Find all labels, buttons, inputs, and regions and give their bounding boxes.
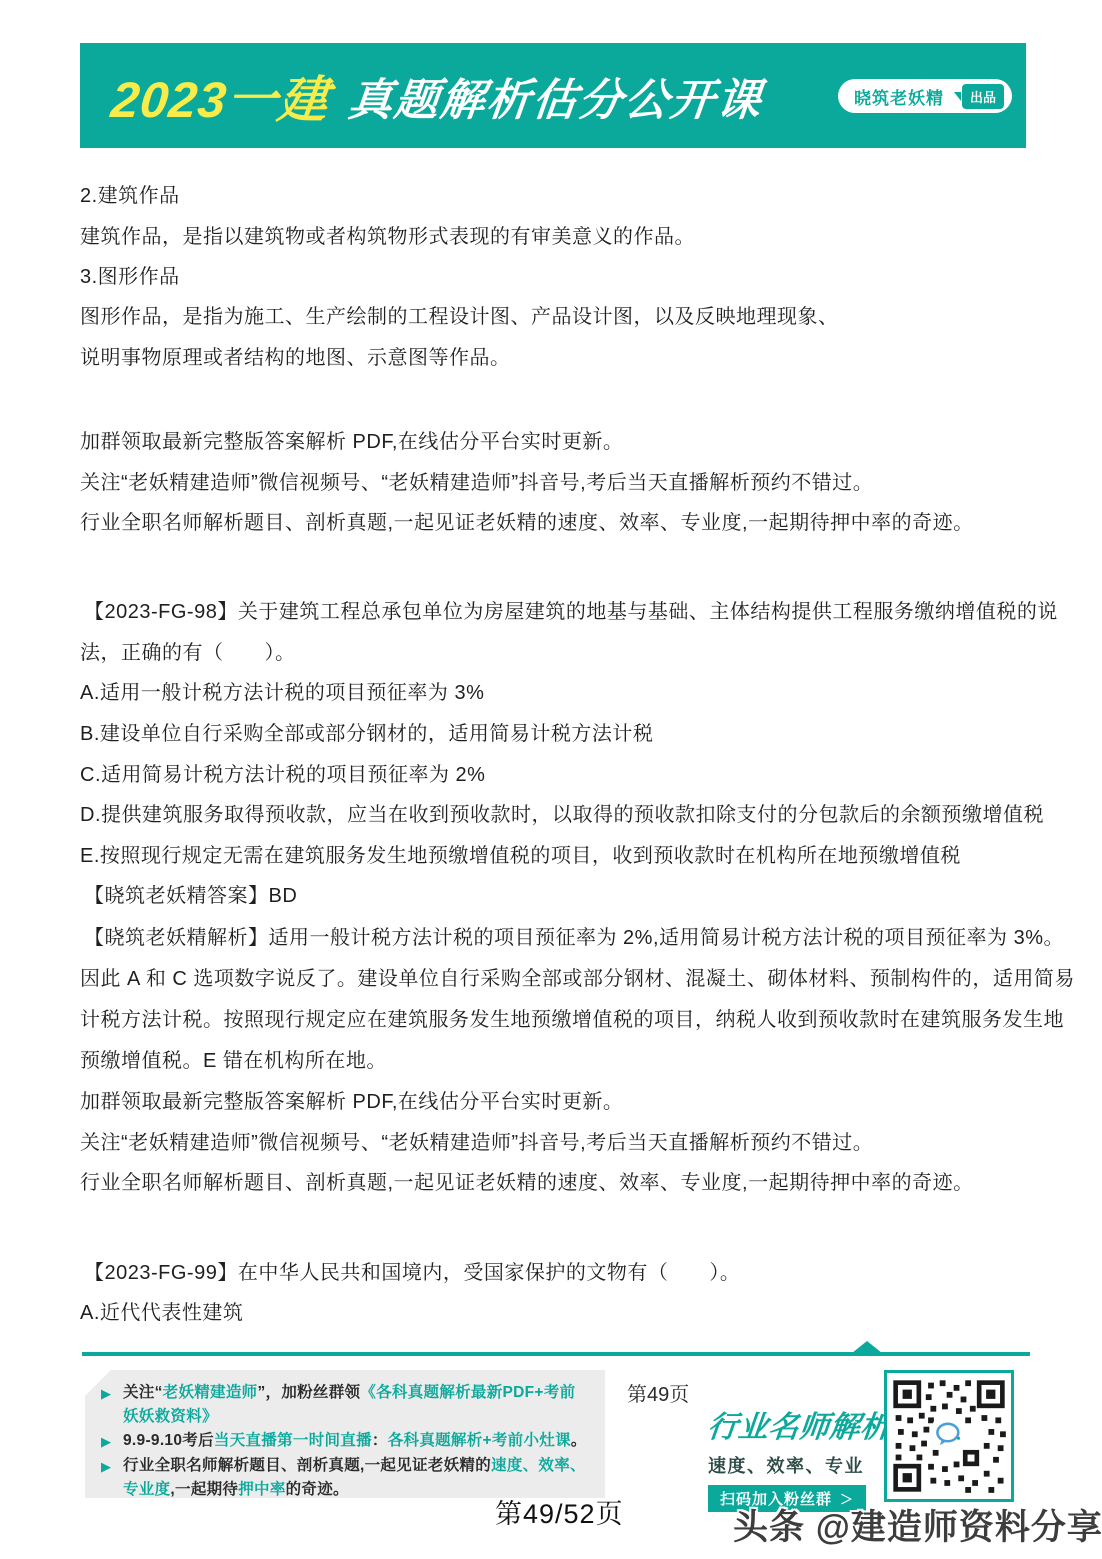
bullet-text: 。 [571,1432,587,1449]
option-line: C.适用简易计税方法计税的项目预征率为 2% [80,762,485,788]
footer-promo-box: ▶ 关注“老妖精建造师”，加粉丝群领《各科真题解析最新PDF+考前妖妖救资料》 … [85,1370,605,1498]
footer-bullet-2: ▶ 9.9-9.10考后当天直播第一时间直播：各科真题解析+考前小灶课。 [101,1429,591,1454]
text-line: 行业全职名师解析题目、剖析真题,一起见证老妖精的速度、效率、专业度,一起期待押中… [80,1170,974,1196]
footer-divider [82,1352,1030,1356]
footer-bullet-1: ▶ 关注“老妖精建造师”，加粉丝群领《各科真题解析最新PDF+考前妖妖救资料》 [101,1381,591,1429]
text-line: 3.图形作品 [80,264,180,290]
bullet-arrow-icon: ▶ [101,1381,123,1429]
banner-year-title: 2023一建 [108,60,333,132]
footer-divider-notch [852,1341,882,1353]
bullet-highlight: 当天直播第一时间直播 [214,1432,372,1449]
analysis-line: 【晓筑老妖精解析】适用一般计税方法计税的项目预征率为 2%,适用简易计税方法计税… [84,925,1064,951]
bullet-text: 关注“ [123,1384,163,1401]
bullet-brand: 老妖精建造师 [163,1384,258,1401]
text-line: 说明事物原理或者结构的地图、示意图等作品。 [80,345,511,371]
text-line: 关注“老妖精建造师”微信视频号、“老妖精建造师”抖音号,考后当天直播解析预约不错… [80,1130,873,1156]
text-line: 行业全职名师解析题目、剖析真题,一起见证老妖精的速度、效率、专业度,一起期待押中… [80,510,974,536]
question-line: 【2023-FG-99】在中华人民共和国境内，受国家保护的文物有（ ）。 [84,1260,740,1286]
bullet-text: 的奇迹。 [286,1481,349,1498]
answer-line: 【晓筑老妖精答案】BD [84,883,297,909]
text-line: 因此 A 和 C 选项数字说反了。建设单位自行采购全部或部分钢材、混凝土、砌体材… [80,966,1075,992]
bullet-highlight: 押中率 [238,1481,285,1498]
text-line: 计税方法计税。按照现行规定应在建筑服务发生地预缴增值税的项目，纳税人收到预收款时… [80,1007,1064,1033]
bullet-text: ”，加粉丝群领 [257,1384,360,1401]
option-line: E.按照现行规定无需在建筑服务发生地预缴增值税的项目，收到预收款时在机构所在地预… [80,843,961,869]
text-line: 2.建筑作品 [80,183,180,209]
bullet-text: ,一起期待 [170,1481,238,1498]
text-line: 图形作品，是指为施工、生产绘制的工程设计图、产品设计图，以及反映地理现象、 [80,304,839,330]
brand-pill: 晓筑老妖精 出品 [838,79,1012,113]
qr-code-image [891,1377,1007,1495]
text-line: 法，正确的有（ ）。 [80,640,296,666]
footer-promo-column: 行业名师解析 速度、效率、专业 扫码加入粉丝群 ＞ [708,1402,868,1512]
bullet-arrow-icon: ▶ [101,1429,123,1454]
option-line: A.适用一般计税方法计税的项目预征率为 3% [80,680,484,706]
text-line: 加群领取最新完整版答案解析 PDF,在线估分平台实时更新。 [80,1089,623,1115]
bullet-text: 9.9-9.10考后 [123,1432,214,1449]
page-number-small: 第49页 [627,1378,689,1407]
flag-icon [954,92,961,101]
watermark-credit: 头条 @建造师资料分享中心 [733,1500,1102,1550]
text-line: 加群领取最新完整版答案解析 PDF,在线估分平台实时更新。 [80,429,623,455]
bullet-text: ： [372,1432,388,1449]
text-line: 预缴增值税。E 错在机构所在地。 [80,1048,387,1074]
question-line: 【2023-FG-98】关于建筑工程总承包单位为房屋建筑的地基与基础、主体结构提… [84,599,1058,625]
option-line: B.建设单位自行采购全部或部分钢材的，适用简易计税方法计税 [80,721,653,747]
brand-badge: 出品 [962,84,1004,109]
qr-code [884,1370,1014,1502]
banner-course-title: 真题解析估分公开课 [346,64,767,128]
promo-title: 行业名师解析 [706,1402,871,1446]
text-line: 建筑作品，是指以建筑物或者构筑物形式表现的有审美意义的作品。 [80,224,695,250]
header-banner: 2023一建 真题解析估分公开课 晓筑老妖精 出品 [80,43,1026,148]
page-number: 第49/52页 [495,1492,624,1531]
text-line: 关注“老妖精建造师”微信视频号、“老妖精建造师”抖音号,考后当天直播解析预约不错… [80,470,873,496]
option-line: A.近代代表性建筑 [80,1300,243,1326]
brand-name: 晓筑老妖精 [854,84,944,109]
bullet-arrow-icon: ▶ [101,1454,123,1502]
bullet-text: 行业全职名师解析题目、剖析真题,一起见证老妖精的 [123,1457,491,1474]
promo-subtitle: 速度、效率、专业 [708,1452,868,1478]
option-line: D.提供建筑服务取得预收款，应当在收到预收款时，以取得的预收款扣除支付的分包款后… [80,802,1044,828]
bullet-highlight: 各科真题解析+考前小灶课 [388,1432,571,1449]
